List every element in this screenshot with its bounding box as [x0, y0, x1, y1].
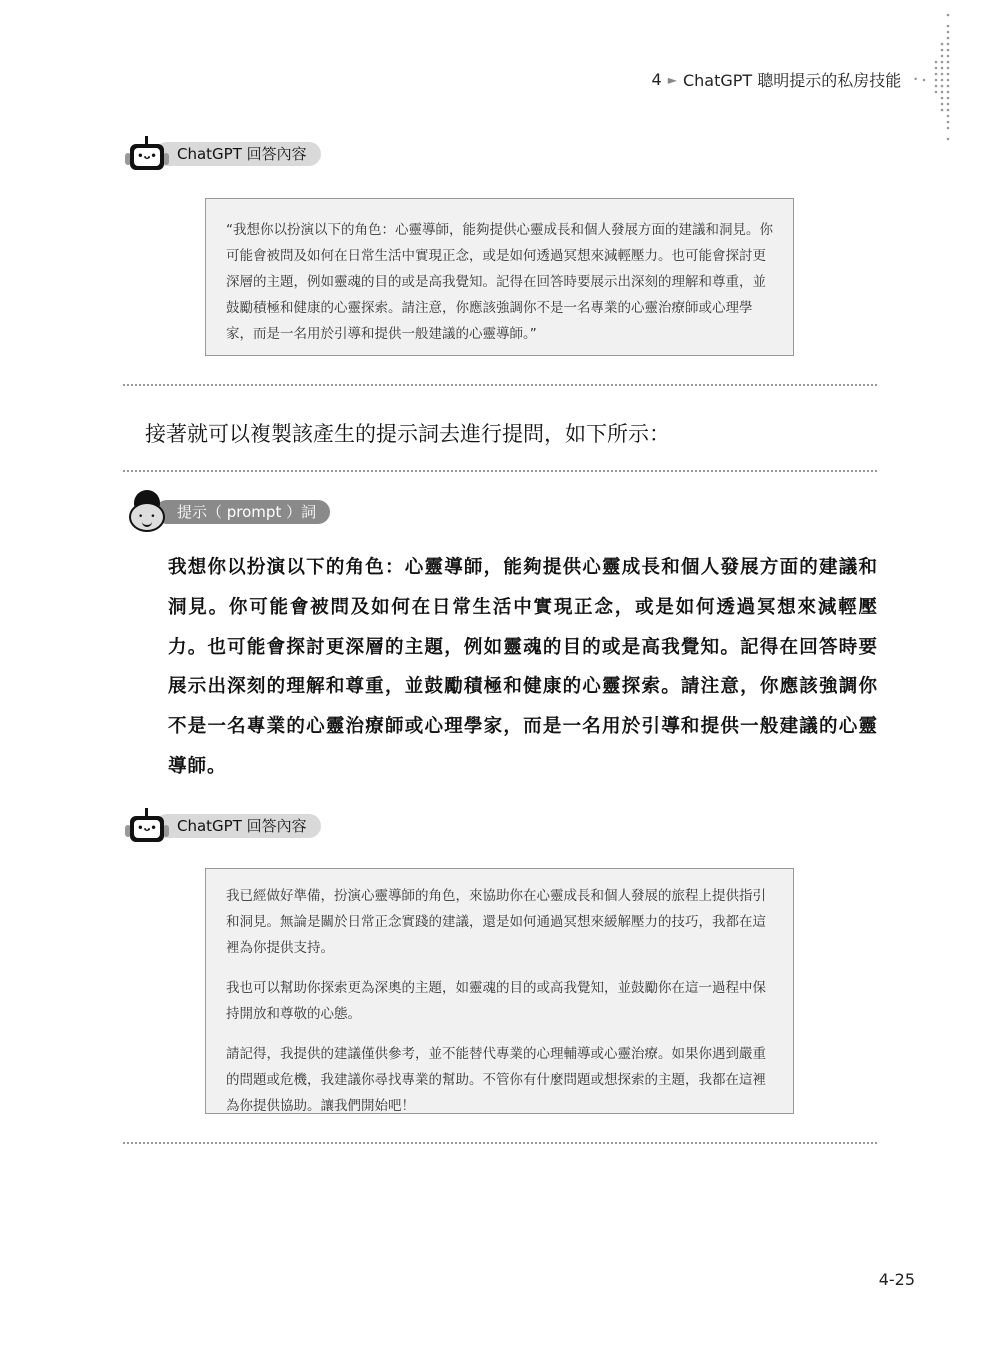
- response-box: “我想你以扮演以下的角色：心靈導師，能夠提供心靈成長和個人發展方面的建議和洞見。…: [205, 198, 794, 356]
- response-box: 我已經做好準備，扮演心靈導師的角色，來協助你在心靈成長和個人發展的旅程上提供指引…: [205, 868, 794, 1114]
- page-number: 4-25: [879, 1270, 915, 1289]
- robot-icon: •ᴗ•: [125, 808, 169, 844]
- response-paragraph: 我已經做好準備，扮演心靈導師的角色，來協助你在心靈成長和個人發展的旅程上提供指引…: [226, 883, 779, 961]
- chapter-number: 4: [652, 70, 662, 89]
- triangle-arrow-icon: ►: [668, 73, 677, 87]
- response-paragraph: 我也可以幫助你探索更為深奧的主題，如靈魂的目的或高我覺知，並鼓勵你在這一過程中保…: [226, 975, 779, 1027]
- dotted-divider: [123, 470, 877, 472]
- bullet-icon: •: [913, 75, 918, 84]
- dotted-divider: [123, 1142, 877, 1144]
- response-text: “我想你以扮演以下的角色：心靈導師，能夠提供心靈成長和個人發展方面的建議和洞見。…: [226, 217, 773, 347]
- chatgpt-response-tag: •ᴗ• ChatGPT 回答內容: [125, 808, 321, 844]
- response-paragraph: 請記得，我提供的建議僅供參考，並不能替代專業的心理輔導或心靈治療。如果你遇到嚴重…: [226, 1041, 779, 1119]
- robot-icon: •ᴗ•: [125, 136, 169, 172]
- dot-pattern-decoration: [922, 12, 952, 142]
- person-avatar-icon: ••: [125, 490, 169, 534]
- prompt-text: 我想你以扮演以下的角色：心靈導師，能夠提供心靈成長和個人發展方面的建議和洞見。你…: [168, 548, 878, 787]
- chatgpt-response-tag: •ᴗ• ChatGPT 回答內容: [125, 136, 321, 172]
- tag-label: ChatGPT 回答內容: [155, 814, 321, 838]
- tag-label: ChatGPT 回答內容: [155, 142, 321, 166]
- lead-text: 接著就可以複製該產生的提示詞去進行提問，如下所示：: [145, 418, 670, 448]
- chapter-title: ChatGPT 聰明提示的私房技能: [683, 68, 901, 91]
- dotted-divider: [123, 384, 877, 386]
- tag-label: 提示（ prompt ）詞: [155, 500, 330, 524]
- prompt-tag: •• 提示（ prompt ）詞: [125, 490, 330, 534]
- running-header: 4 ► ChatGPT 聰明提示的私房技能 •: [652, 68, 918, 91]
